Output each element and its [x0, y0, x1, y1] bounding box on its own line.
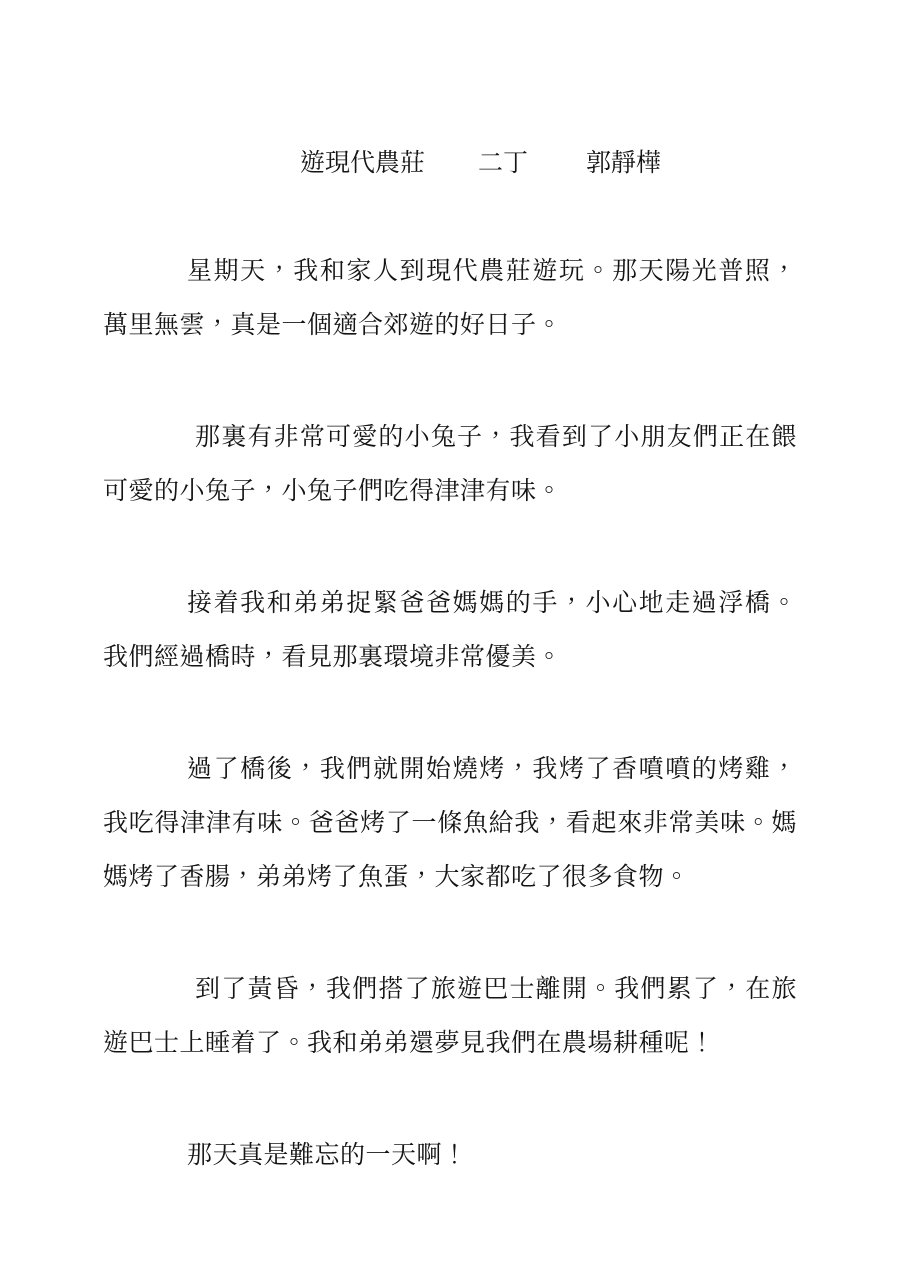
essay-paragraph-5: 到了黃昏，我們搭了旅遊巴士離開。我們累了，在旅遊巴士上睡着了。我和弟弟還夢見我們…	[103, 962, 797, 1070]
document-page: 遊現代農莊二丁郭靜樺 星期天，我和家人到現代農莊遊玩。那天陽光普照，萬里無雲，真…	[0, 0, 905, 1280]
essay-paragraph-4: 過了橋後，我們就開始燒烤，我烤了香噴噴的烤雞，我吃得津津有味。爸爸烤了一條魚給我…	[103, 742, 797, 904]
essay-paragraph-2: 那裏有非常可愛的小兔子，我看到了小朋友們正在餵可愛的小兔子，小兔子們吃得津津有味…	[103, 410, 797, 518]
essay-title: 遊現代農莊	[300, 148, 425, 177]
essay-header: 遊現代農莊二丁郭靜樺	[300, 136, 797, 190]
essay-paragraph-1: 星期天，我和家人到現代農莊遊玩。那天陽光普照，萬里無雲，真是一個適合郊遊的好日子…	[103, 244, 797, 352]
essay-class-name: 二丁	[478, 148, 528, 177]
essay-author-name: 郭靜樺	[586, 148, 661, 177]
essay-paragraph-3: 接着我和弟弟捉緊爸爸媽媽的手，小心地走過浮橋。我們經過橋時，看見那裏環境非常優美…	[103, 576, 797, 684]
essay-paragraph-6: 那天真是難忘的一天啊！	[103, 1128, 797, 1182]
